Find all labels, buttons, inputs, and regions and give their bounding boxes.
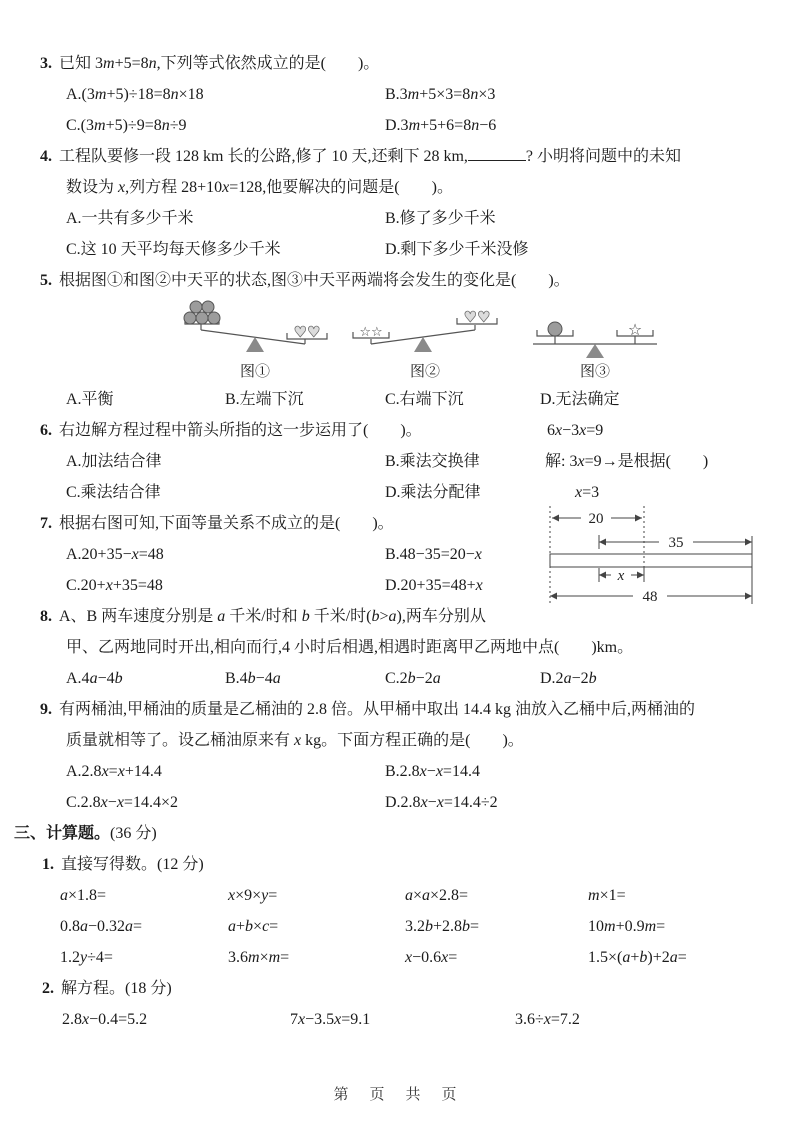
question-9-option-a: A.2.8x=x+14.4 [66, 756, 385, 787]
question-9-stem-line-1: 9.有两桶油,甲桶油的质量是乙桶油的 2.8 倍。从甲桶中取出 14.4 kg … [40, 694, 763, 725]
hearts-icon: ♥♥ [464, 308, 491, 326]
question-6-option-c: C.乘法结合律 [66, 477, 385, 508]
calc-item: a×1.8= [60, 880, 228, 911]
balance-scale-2-icon: ☆☆ ♥♥ [345, 298, 505, 362]
section-3-score: (36 分) [110, 825, 157, 842]
equation-item: 3.6÷x=7.2 [515, 1004, 763, 1035]
question-8-stem-line-2: 甲、乙两地同时开出,相向而行,4 小时后相遇,相遇时距离甲乙两地中点( )km。 [40, 632, 763, 663]
question-4-option-d: D.剩下多少千米没修 [385, 234, 763, 265]
subsection-1-heading: 1.直接写得数。(12 分) [40, 849, 763, 880]
ball-icon [548, 322, 562, 336]
equation-step-1: 6x−3x=9 [545, 415, 708, 446]
question-8-option-a: A.4a−4b [66, 663, 225, 694]
mental-math-row-2: 0.8a−0.32a= a+b×c= 3.2b+2.8b= 10m+0.9m= [40, 911, 763, 942]
hearts-icon: ♥♥ [294, 323, 321, 341]
calc-item: 0.8a−0.32a= [60, 911, 228, 942]
question-3-option-a: A.(3m+5)÷18=8n×18 [66, 79, 385, 110]
question-9-option-b: B.2.8x−x=14.4 [385, 756, 763, 787]
question-4-number: 4. [40, 148, 52, 165]
question-8-options: A.4a−4b B.4b−4a C.2b−2a D.2a−2b [40, 663, 763, 694]
dim-label-35: 35 [669, 535, 684, 551]
question-9-stem-part1: 有两桶油,甲桶油的质量是乙桶油的 2.8 倍。从甲桶中取出 14.4 kg 油放… [59, 701, 695, 718]
fulcrum-icon [246, 337, 264, 352]
question-3-options-cd: C.(3m+5)÷9=8n÷9 D.3m+5+6=8n−6 [40, 110, 763, 141]
question-9-stem-part2: 质量就相等了。设乙桶油原来有 x kg。下面方程正确的是( )。 [66, 732, 524, 749]
question-7-option-c: C.20+x+35=48 [66, 570, 385, 601]
question-8-stem-part1: A、B 两车速度分别是 a 千米/时和 b 千米/时(b>a),两车分别从 [59, 608, 486, 625]
question-9-options-cd: C.2.8x−x=14.4×2 D.2.8x−x=14.4÷2 [40, 787, 763, 818]
question-5-option-c: C.右端下沉 [385, 384, 540, 415]
question-4-stem-line-1: 4.工程队要修一段 128 km 长的公路,修了 10 天,还剩下 28 km,… [40, 141, 763, 172]
balance-scale-figures: ♥♥ 图① ☆☆ ♥♥ 图② [40, 298, 763, 382]
balls-icon [184, 301, 220, 324]
question-4-stem-part3: 数设为 x,列方程 28+10x=128,他要解决的问题是( )。 [66, 179, 453, 196]
question-5-option-a: A.平衡 [66, 384, 225, 415]
balance-scale-figure-2: ☆☆ ♥♥ 图② [345, 298, 505, 382]
balance-scale-1-icon: ♥♥ [175, 298, 335, 362]
calc-item: 3.6m×m= [228, 942, 405, 973]
figure-1-caption: 图① [175, 362, 335, 382]
fulcrum-icon [414, 337, 432, 352]
question-4-option-b: B.修了多少千米 [385, 203, 763, 234]
equation-step-2: 解: 3x=9→是根据( ) [545, 446, 708, 477]
star-icon: ☆ [628, 320, 642, 339]
question-5-number: 5. [40, 272, 52, 289]
question-4-option-c: C.这 10 天平均每天修多少千米 [66, 234, 385, 265]
question-9-option-c: C.2.8x−x=14.4×2 [66, 787, 385, 818]
balance-scale-figure-1: ♥♥ 图① [175, 298, 335, 382]
question-8: 8.A、B 两车速度分别是 a 千米/时和 b 千米/时(b>a),两车分别从 … [40, 601, 763, 694]
question-8-stem-part2: 甲、乙两地同时开出,相向而行,4 小时后相遇,相遇时距离甲乙两地中点( )km。 [66, 639, 633, 656]
calc-item: m×1= [588, 880, 763, 911]
balance-scale-3-icon: ☆ [515, 298, 675, 362]
question-8-number: 8. [40, 608, 52, 625]
question-5-options: A.平衡 B.左端下沉 C.右端下沉 D.无法确定 [40, 384, 763, 415]
question-9-number: 9. [40, 701, 52, 718]
question-3-option-b: B.3m+5×3=8n×3 [385, 79, 763, 110]
question-3-options-ab: A.(3m+5)÷18=8n×18 B.3m+5×3=8n×3 [40, 79, 763, 110]
question-3-option-d: D.3m+5+6=8n−6 [385, 110, 763, 141]
dim-label-20: 20 [589, 511, 604, 527]
subsection-1-title: 直接写得数。 [61, 856, 157, 873]
question-5-stem: 根据图①和图②中天平的状态,图③中天平两端将会发生的变化是( )。 [59, 272, 570, 289]
stars-icon: ☆☆ [359, 325, 382, 340]
question-8-option-d: D.2a−2b [540, 663, 763, 694]
section-3-heading: 三、计算题。(36 分) [14, 818, 763, 849]
question-3-stem-line: 3.已知 3m+5=8n,下列等式依然成立的是( )。 [40, 48, 763, 79]
question-7-number: 7. [40, 515, 52, 532]
equation-solving-steps: 6x−3x=9 解: 3x=9→是根据( ) x=3 [545, 415, 708, 508]
question-8-option-c: C.2b−2a [385, 663, 540, 694]
dim-label-x: x [617, 568, 625, 584]
balance-scale-figure-3: ☆ 图③ [515, 298, 675, 382]
section-3-title: 三、计算题。 [14, 825, 110, 842]
question-4-stem-part2: ? 小明将问题中的未知 [526, 148, 681, 165]
mental-math-row-1: a×1.8= x×9×y= a×a×2.8= m×1= [40, 880, 763, 911]
mental-math-row-3: 1.2y÷4= 3.6m×m= x−0.6x= 1.5×(a+b)+2a= [40, 942, 763, 973]
question-3-number: 3. [40, 55, 52, 72]
fulcrum-icon [586, 344, 604, 358]
solve-equations-row: 2.8x−0.4=5.2 7x−3.5x=9.1 3.6÷x=7.2 [40, 1004, 763, 1035]
exam-page: 3.已知 3m+5=8n,下列等式依然成立的是( )。 A.(3m+5)÷18=… [0, 0, 793, 1122]
question-3-option-c: C.(3m+5)÷9=8n÷9 [66, 110, 385, 141]
question-8-stem-line-1: 8.A、B 两车速度分别是 a 千米/时和 b 千米/时(b>a),两车分别从 [40, 601, 763, 632]
question-9-option-d: D.2.8x−x=14.4÷2 [385, 787, 763, 818]
question-4-options-ab: A.一共有多少千米 B.修了多少千米 [40, 203, 763, 234]
page-footer: 第 页 共 页 [0, 1083, 793, 1104]
question-9-stem-line-2: 质量就相等了。设乙桶油原来有 x kg。下面方程正确的是( )。 [40, 725, 763, 756]
question-5: 5.根据图①和图②中天平的状态,图③中天平两端将会发生的变化是( )。 [40, 265, 763, 415]
subsection-1-score: (12 分) [157, 856, 204, 873]
subsection-2-heading: 2.解方程。(18 分) [40, 973, 763, 1004]
fill-in-blank [468, 145, 526, 161]
question-6-stem: 右边解方程过程中箭头所指的这一步运用了( )。 [59, 422, 422, 439]
figure-3-caption: 图③ [515, 362, 675, 382]
calc-item: 1.5×(a+b)+2a= [588, 942, 763, 973]
question-4-stem-part1: 工程队要修一段 128 km 长的公路,修了 10 天,还剩下 28 km, [59, 148, 468, 165]
calc-item: 3.2b+2.8b= [405, 911, 588, 942]
question-5-option-b: B.左端下沉 [225, 384, 385, 415]
subsection-2-number: 2. [42, 980, 54, 997]
question-6: 6.右边解方程过程中箭头所指的这一步运用了( )。 A.加法结合律 B.乘法交换… [40, 415, 763, 508]
subsection-2-score: (18 分) [125, 980, 172, 997]
question-4-option-a: A.一共有多少千米 [66, 203, 385, 234]
calc-item: x×9×y= [228, 880, 405, 911]
question-4-stem-line-2: 数设为 x,列方程 28+10x=128,他要解决的问题是( )。 [40, 172, 763, 203]
subsection-2-title: 解方程。 [61, 980, 125, 997]
calc-item: 1.2y÷4= [60, 942, 228, 973]
question-7-option-a: A.20+35−x=48 [66, 539, 385, 570]
question-9: 9.有两桶油,甲桶油的质量是乙桶油的 2.8 倍。从甲桶中取出 14.4 kg … [40, 694, 763, 818]
question-7: 7.根据右图可知,下面等量关系不成立的是( )。 A.20+35−x=48 B.… [40, 508, 763, 601]
question-4: 4.工程队要修一段 128 km 长的公路,修了 10 天,还剩下 28 km,… [40, 141, 763, 265]
calc-item: x−0.6x= [405, 942, 588, 973]
question-8-option-b: B.4b−4a [225, 663, 385, 694]
figure-2-caption: 图② [345, 362, 505, 382]
equation-item: 7x−3.5x=9.1 [290, 1004, 515, 1035]
diagram-arrowheads [550, 515, 752, 600]
question-4-options-cd: C.这 10 天平均每天修多少千米 D.剩下多少千米没修 [40, 234, 763, 265]
question-3: 3.已知 3m+5=8n,下列等式依然成立的是( )。 A.(3m+5)÷18=… [40, 48, 763, 141]
question-6-number: 6. [40, 422, 52, 439]
question-7-stem: 根据右图可知,下面等量关系不成立的是( )。 [59, 515, 394, 532]
segment-diagram: 20 35 x 48 [545, 504, 760, 606]
question-5-stem-line: 5.根据图①和图②中天平的状态,图③中天平两端将会发生的变化是( )。 [40, 265, 763, 296]
calc-item: a×a×2.8= [405, 880, 588, 911]
question-5-option-d: D.无法确定 [540, 384, 763, 415]
equation-item: 2.8x−0.4=5.2 [62, 1004, 290, 1035]
question-3-stem: 已知 3m+5=8n,下列等式依然成立的是( )。 [59, 55, 379, 72]
subsection-1-number: 1. [42, 856, 54, 873]
question-9-options-ab: A.2.8x=x+14.4 B.2.8x−x=14.4 [40, 756, 763, 787]
calc-item: a+b×c= [228, 911, 405, 942]
calc-item: 10m+0.9m= [588, 911, 763, 942]
question-6-option-a: A.加法结合律 [66, 446, 385, 477]
section-3-computation: 三、计算题。(36 分) 1.直接写得数。(12 分) a×1.8= x×9×y… [40, 818, 763, 1035]
